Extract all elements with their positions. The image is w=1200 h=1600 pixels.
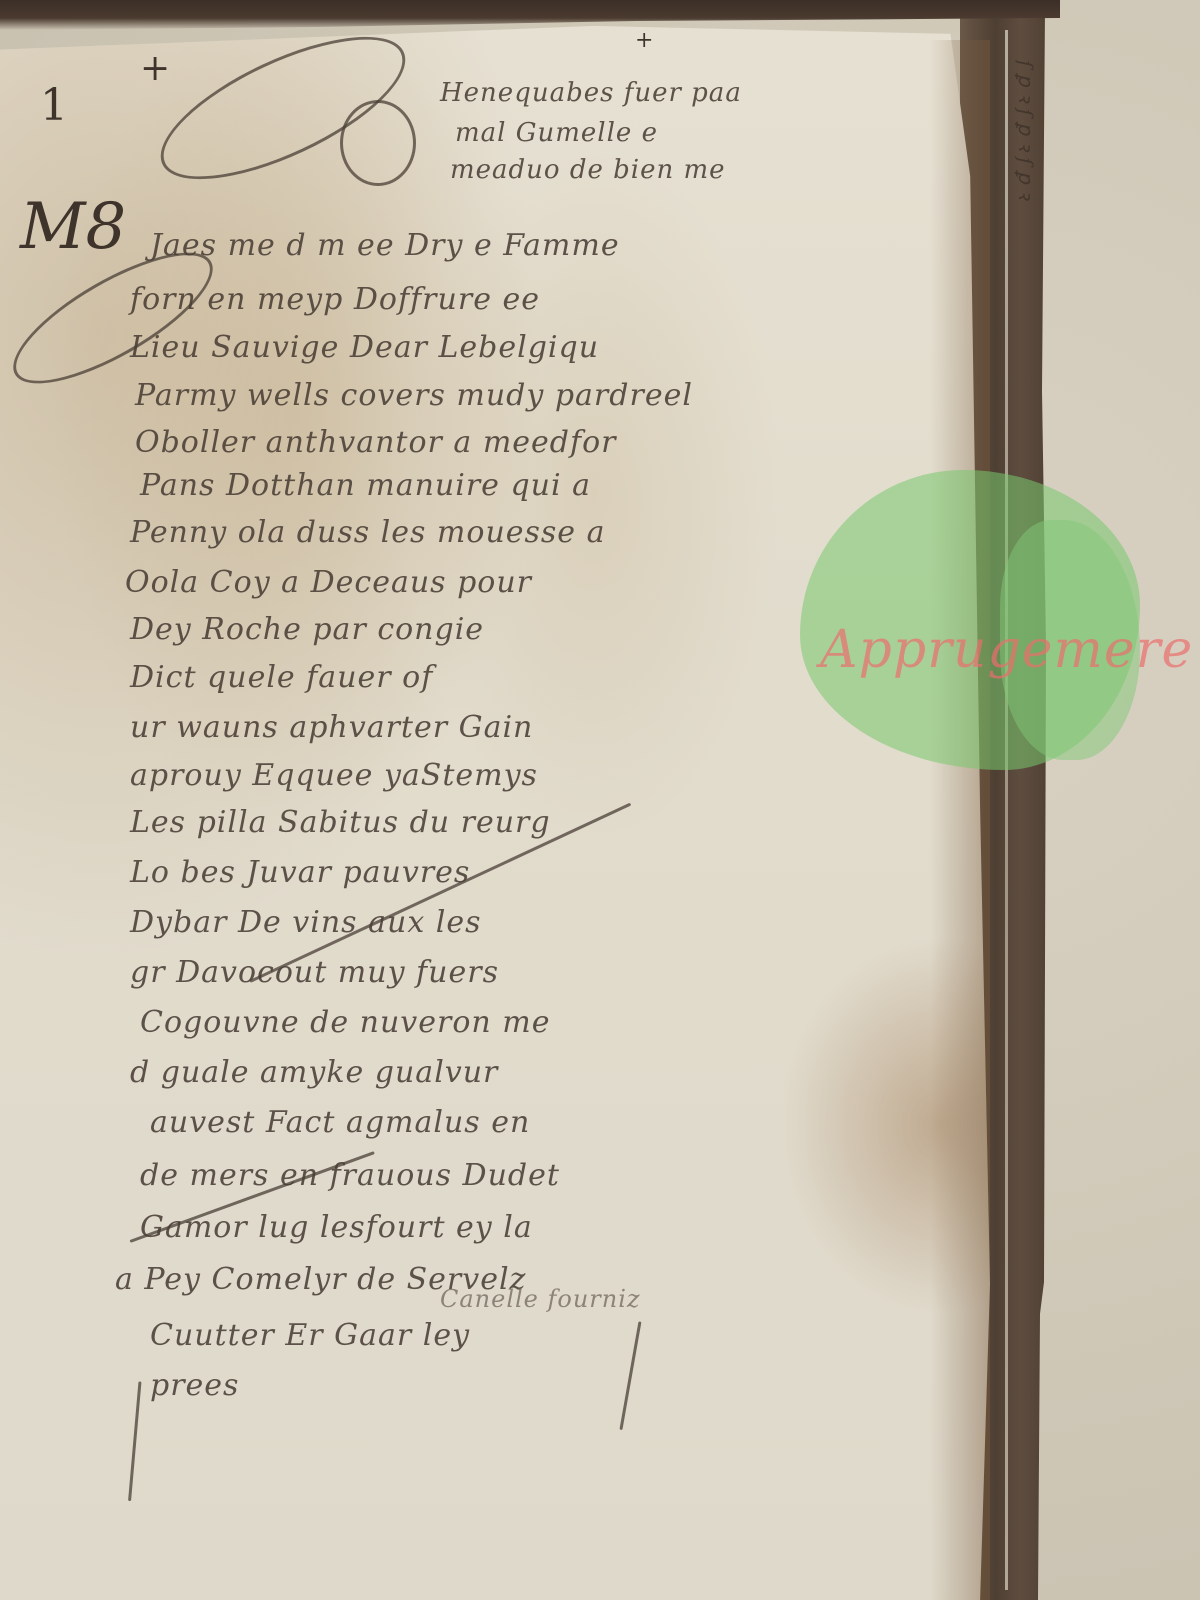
body-line: aprouy Eqquee yaStemys bbox=[130, 758, 538, 793]
body-line: forn en meyp Doffrure ee bbox=[130, 282, 540, 317]
body-line: d guale amyke gualvur bbox=[130, 1055, 498, 1090]
body-line: auvest Fact agmalus en bbox=[150, 1105, 530, 1140]
body-line: prees bbox=[150, 1368, 239, 1403]
body-line: de mers en frauous Dudet bbox=[140, 1158, 560, 1193]
body-line: Les pilla Sabitus du reurg bbox=[130, 805, 551, 840]
body-line: gr Davocout muy fuers bbox=[130, 955, 499, 990]
body-line: Parmy wells covers mudy pardreel bbox=[135, 378, 693, 413]
body-line: ur wauns aphvarter Gain bbox=[130, 710, 533, 745]
header-line: meaduo de bien me bbox=[450, 155, 726, 185]
body-line: Lieu Sauvige Dear Lebelgiqu bbox=[130, 330, 599, 365]
body-line: Canelle fourniz bbox=[440, 1285, 641, 1313]
body-line: Lo bes Juvar pauvres bbox=[130, 855, 470, 890]
body-line: Dey Roche par congie bbox=[130, 612, 484, 647]
header-line: mal Gumelle e bbox=[455, 118, 658, 148]
signature-loop bbox=[340, 100, 416, 186]
folio-mark: 1 bbox=[40, 80, 68, 131]
watermark-text: Apprugemere bbox=[820, 620, 1193, 680]
body-line: Cogouvne de nuveron me bbox=[140, 1005, 550, 1040]
page-edge-stain bbox=[930, 40, 990, 1600]
body-line: Oola Coy a Deceaus pour bbox=[125, 565, 532, 600]
binding-fold bbox=[1005, 30, 1008, 1590]
body-line: Oboller anthvantor a meedfor bbox=[135, 425, 617, 460]
initial-monogram: M8 bbox=[20, 190, 126, 264]
body-line: Penny ola duss les mouesse a bbox=[130, 515, 605, 550]
margin-cross: + bbox=[140, 48, 170, 89]
body-line: Cuutter Er Gaar ley bbox=[150, 1318, 470, 1353]
body-line: Jaes me d m ee Dry e Famme bbox=[150, 228, 620, 263]
body-line: Pans Dotthan manuire qui a bbox=[140, 468, 591, 503]
top-cross: + bbox=[635, 28, 653, 53]
body-line: Dict quele fauer of bbox=[130, 660, 433, 695]
header-line: Henequabes fuer paa bbox=[440, 78, 742, 108]
binding-margin-writing: ſ ꝑ ꝛ ſ ꝑ ꝛ ſ ꝑ ꝛ bbox=[1010, 60, 1040, 1560]
body-line: Dybar De vins aux les bbox=[130, 905, 482, 940]
